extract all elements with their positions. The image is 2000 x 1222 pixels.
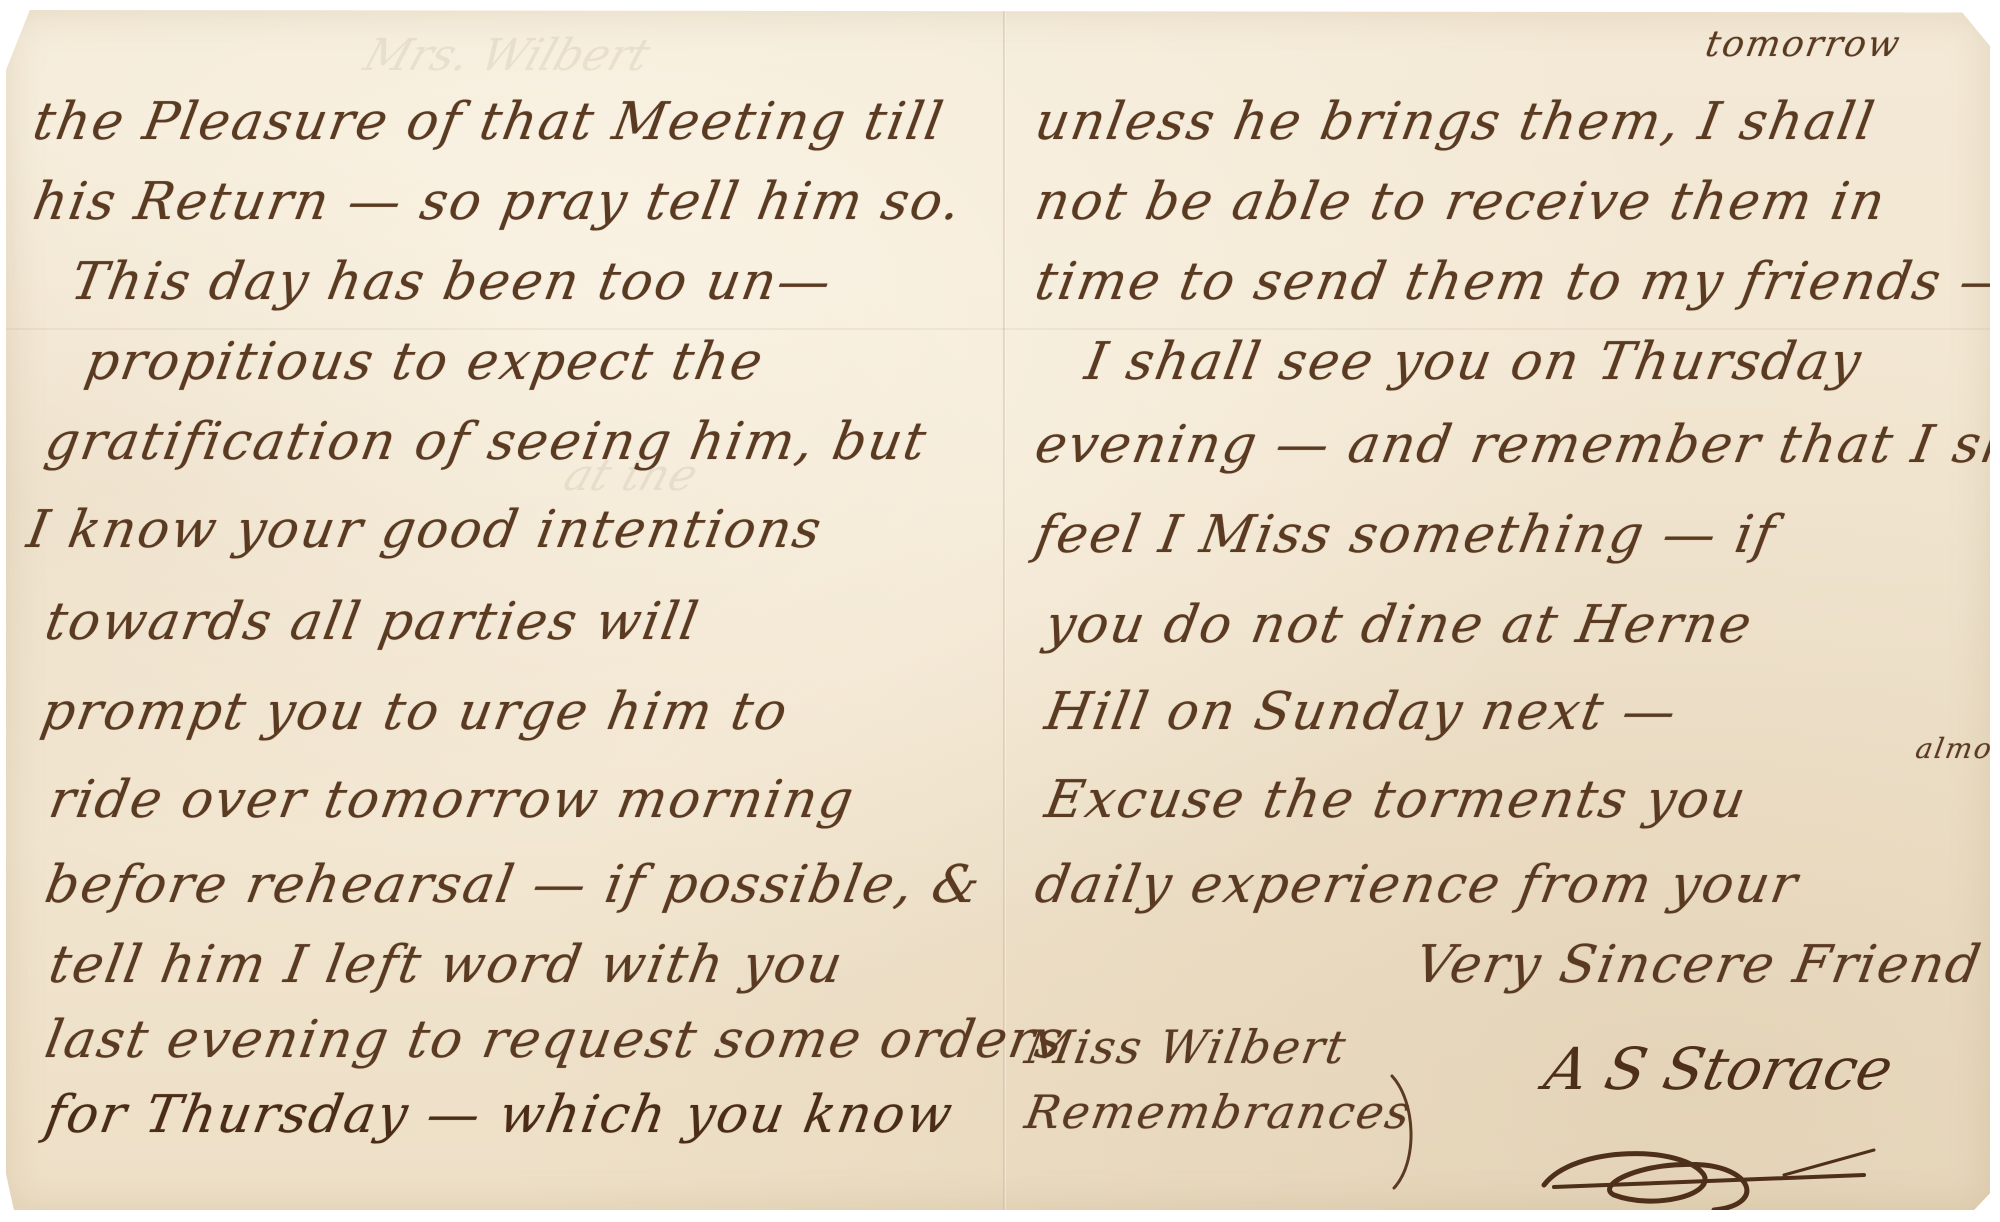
right-line-5: evening — and remember that I shall	[1031, 415, 2000, 475]
left-line-12: last evening to request some orders	[41, 1010, 1070, 1070]
left-line-4: propitious to expect the	[81, 332, 769, 392]
horizontal-fold-crease	[6, 328, 1990, 330]
right-line-10: daily experience from your	[1031, 855, 1804, 915]
left-line-7: towards all parties will	[41, 592, 705, 652]
left-line-3: This day has been too un—	[67, 252, 837, 312]
right-line-8: Hill on Sunday next —	[1041, 682, 1683, 742]
left-line-9: ride over tomorrow morning	[45, 770, 860, 830]
left-line-1: the Pleasure of that Meeting till	[29, 92, 949, 152]
signature: A S Storace	[1539, 1035, 1899, 1103]
letter-paper: Mrs. Wilbert at the the Pleasure of that…	[6, 10, 1990, 1210]
left-line-5: gratification of seeing him, but	[41, 412, 933, 472]
signature-flourish-icon	[1534, 1135, 1894, 1215]
insertion-tomorrow: tomorrow	[1702, 24, 1904, 65]
right-line-2: not be able to receive them in	[1031, 172, 1891, 232]
insertion-almost: almost	[1913, 732, 2000, 765]
closing-salutation: Very Sincere Friend	[1411, 935, 1987, 995]
left-line-11: tell him I left word with you	[45, 935, 849, 995]
bleed-through-text: Mrs. Wilbert	[358, 30, 657, 81]
right-line-6: feel I Miss something — if	[1031, 505, 1781, 565]
right-line-1: unless he brings them, I shall	[1031, 92, 1880, 152]
note-miss-wilbert: Miss Wilbert	[1021, 1020, 1351, 1074]
note-remembrances: Remembrances	[1021, 1085, 1416, 1139]
left-line-1-text: the Pleasure of that Meeting till	[29, 92, 949, 152]
left-line-2: his Return — so pray tell him so.	[29, 172, 967, 232]
bracket-mark	[1386, 1072, 1426, 1192]
right-line-4: I shall see you on Thursday	[1081, 332, 1867, 392]
left-line-8: prompt you to urge him to	[37, 682, 794, 742]
left-line-13: for Thursday — which you know	[41, 1085, 959, 1145]
right-line-9: Excuse the torments you	[1041, 770, 1752, 830]
left-line-10: before rehearsal — if possible, &	[41, 855, 987, 915]
right-line-3: time to send them to my friends —	[1031, 252, 2000, 312]
right-line-7: you do not dine at Herne	[1041, 595, 1758, 655]
left-line-6: I know your good intentions	[23, 500, 828, 560]
